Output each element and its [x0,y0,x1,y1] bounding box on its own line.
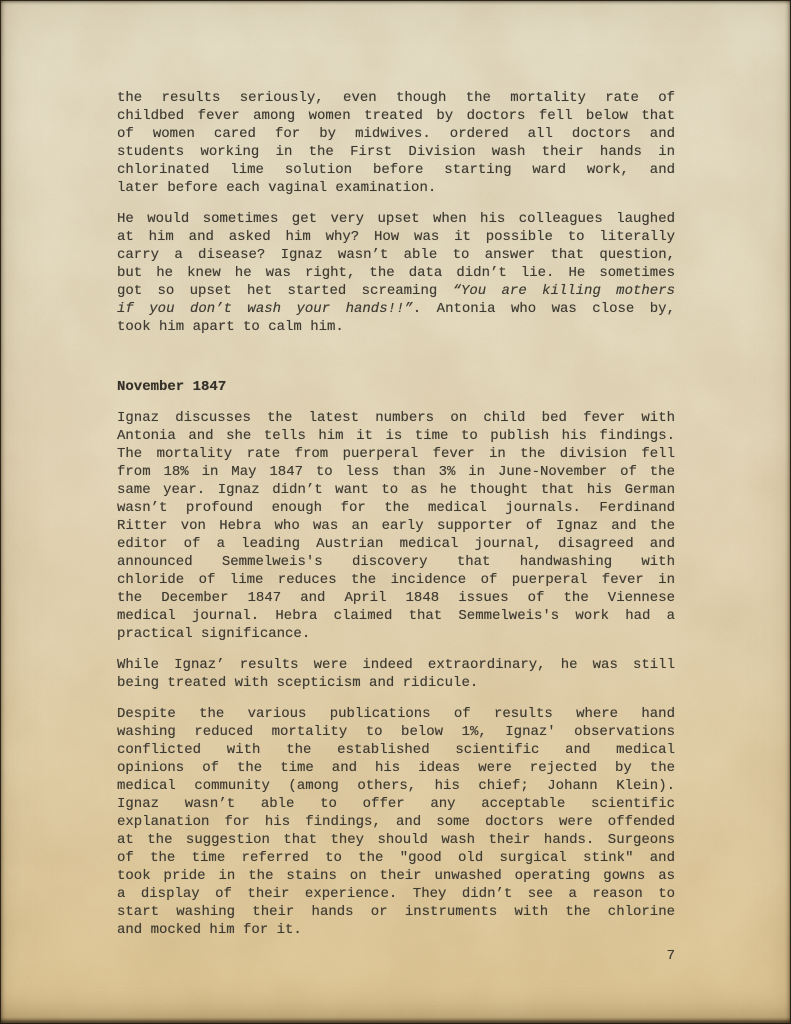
text-line: He would sometimes get very upset when h… [117,210,675,228]
paragraph: Ignaz discusses the latest numbers on ch… [117,409,675,643]
text-line: chlorinated lime solution before startin… [117,161,675,179]
text-line: took pride in the stains on their unwash… [117,867,675,885]
text-line: at the suggestion that they should wash … [117,831,675,849]
text-line: editor of a leading Austrian medical jou… [117,535,675,553]
text-line: practical significance. [117,625,675,643]
text-line: announced Semmelweis's discovery that ha… [117,553,675,571]
text-line: got so upset het started screaming “You … [117,282,675,300]
text-line: and mocked him for it. [117,921,675,939]
section-heading: November 1847 [117,378,675,396]
text-line: but he knew he was right, the data didn’… [117,264,675,282]
text-line: the December 1847 and April 1848 issues … [117,589,675,607]
text-line: The mortality rate from puerperal fever … [117,445,675,463]
paragraph: the results seriously, even though the m… [117,89,675,197]
text-line: conflicted with the established scientif… [117,741,675,759]
text-line: Despite the various publications of resu… [117,705,675,723]
text-line: same year. Ignaz didn’t want to as he th… [117,481,675,499]
paragraph: While Ignaz’ results were indeed extraor… [117,656,675,692]
text-line: Antonia and she tells him it is time to … [117,427,675,445]
text-line: medical journal. Hebra claimed that Semm… [117,607,675,625]
text-line: took him apart to calm him. [117,318,675,336]
text-line: a display of their experience. They didn… [117,885,675,903]
page-number: 7 [667,947,675,965]
text-line: of women cared for by midwives. ordered … [117,125,675,143]
text-line: from 18% in May 1847 to less than 3% in … [117,463,675,481]
text-line: explanation for his findings, and some d… [117,813,675,831]
text-line: November 1847 [117,378,675,396]
text-line: of the time referred to the "good old su… [117,849,675,867]
paragraph: He would sometimes get very upset when h… [117,210,675,336]
text-line: carry a disease? Ignaz wasn’t able to an… [117,246,675,264]
text-line: While Ignaz’ results were indeed extraor… [117,656,675,674]
paragraph: Despite the various publications of resu… [117,705,675,939]
text-line: later before each vaginal examination. [117,179,675,197]
text-line: Ignaz wasn’t able to offer any acceptabl… [117,795,675,813]
text-line: students working in the First Division w… [117,143,675,161]
text-line: if you don’t wash your hands!!”. Antonia… [117,300,675,318]
text-line: chloride of lime reduces the incidence o… [117,571,675,589]
text-line: being treated with scepticism and ridicu… [117,674,675,692]
text-line: Ritter von Hebra who was an early suppor… [117,517,675,535]
text-line: washing reduced mortality to below 1%, I… [117,723,675,741]
text-line: start washing their hands or instruments… [117,903,675,921]
text-line: wasn’t profound enough for the medical j… [117,499,675,517]
document-content: the results seriously, even though the m… [117,89,675,952]
text-line: at him and asked him why? How was it pos… [117,228,675,246]
text-line: the results seriously, even though the m… [117,89,675,107]
text-line: Ignaz discusses the latest numbers on ch… [117,409,675,427]
text-line: childbed fever among women treated by do… [117,107,675,125]
document-page: the results seriously, even though the m… [0,0,791,1024]
text-line: opinions of the time and his ideas were … [117,759,675,777]
text-line: medical community (among others, his chi… [117,777,675,795]
